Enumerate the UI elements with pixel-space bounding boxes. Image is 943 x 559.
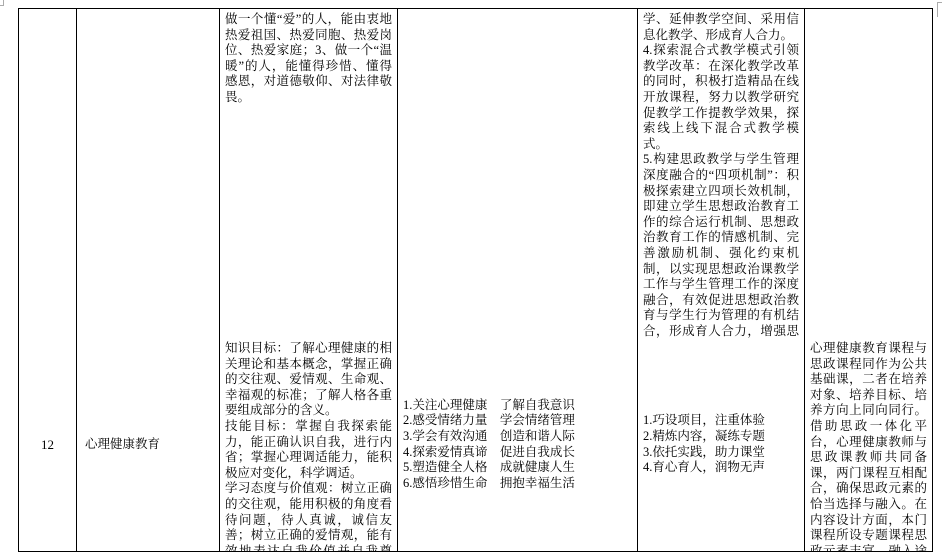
cell-topics-12[interactable]: 1.关注心理健康 了解自我意识 2.感受情绪力量 学会情绪管理 3.学会有效沟通… [398, 338, 638, 551]
word-page: { "page": { "background": "#ffffff", "ta… [0, 0, 943, 559]
page-margin-mark-top-left-horizontal [0, 5, 4, 6]
cell-seq-continued[interactable] [19, 9, 77, 338]
cell-ideology-12[interactable]: 心理健康教育课程与思政课程同作为公共基础课，二者在培养对象、培养目标、培养方向上… [805, 338, 932, 551]
cell-course-name-continued[interactable] [77, 9, 220, 338]
cell-methods-12[interactable]: 1.巧设项目，注重体验 2.精炼内容，凝练专题 3.依托实践，助力课堂 4.育心… [638, 338, 805, 551]
page-margin-mark-top-right-horizontal [937, 2, 942, 3]
page-margin-mark-top-right-vertical [937, 2, 938, 17]
cell-methods-continued[interactable]: 学、延伸教学空间、采用信息化教学、形成育人合力。 4.探索混合式教学模式引领教学… [638, 9, 805, 338]
cell-topics-continued[interactable] [398, 9, 638, 338]
cell-ideology-continued[interactable] [805, 9, 932, 338]
cell-course-name-12[interactable]: 心理健康教育 [77, 338, 220, 551]
cell-seq-12[interactable]: 12 [19, 338, 77, 551]
cell-objectives-continued[interactable]: 做一个懂“爱”的人，能由衷地热爱祖国、热爱同胞、热爱岗位、热爱家庭；3、做一个“… [220, 9, 398, 338]
cell-objectives-12[interactable]: 知识目标：了解心理健康的相关理论和基本概念，掌握正确的交往观、爱情观、生命观、幸… [220, 338, 398, 551]
curriculum-table: 做一个懂“爱”的人，能由衷地热爱祖国、热爱同胞、热爱岗位、热爱家庭；3、做一个“… [18, 8, 933, 552]
